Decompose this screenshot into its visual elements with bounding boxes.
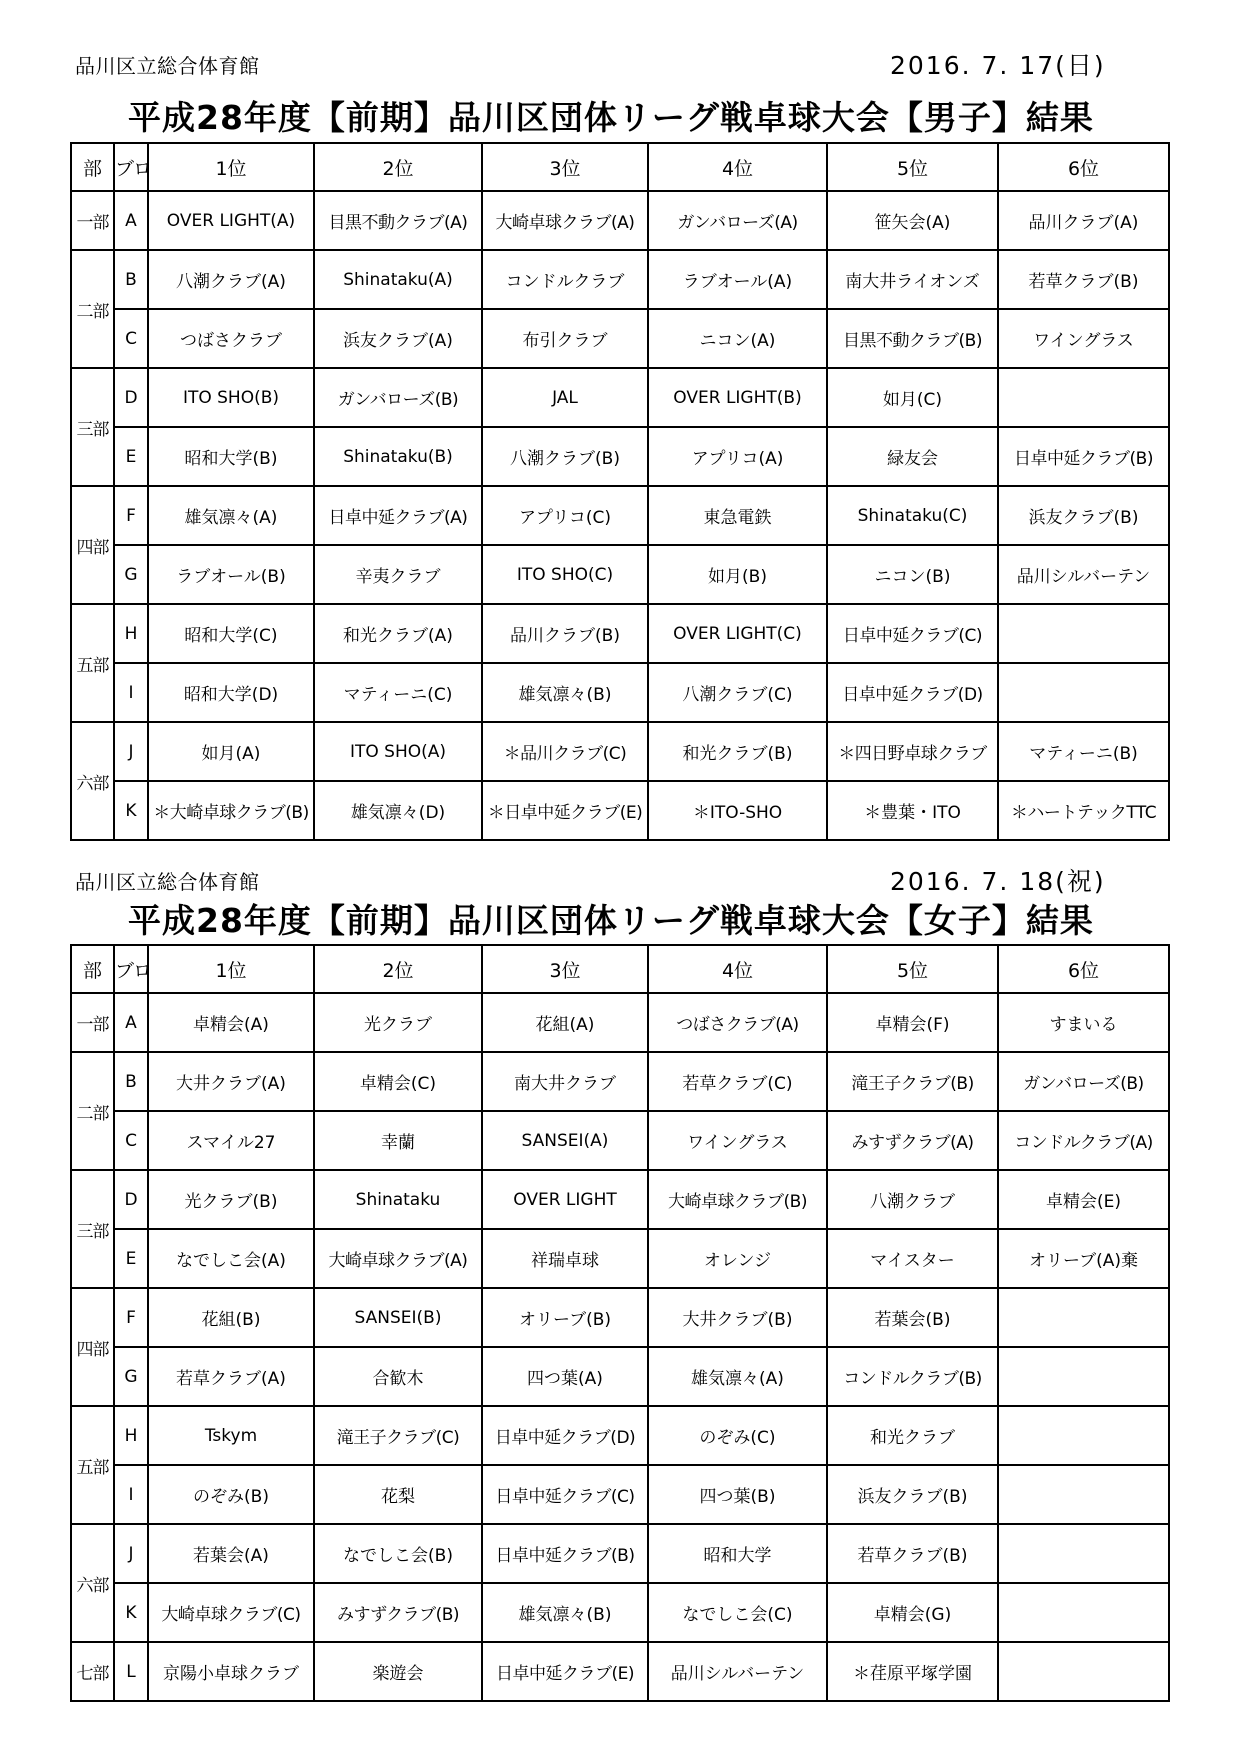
- team-rank-6: [998, 1347, 1169, 1406]
- team-rank-5: 卓精会(F): [827, 993, 998, 1052]
- table-row: Gラブオール(B)辛夷クラブITO SHO(C)如月(B)ニコン(B)品川シルバ…: [71, 545, 1169, 604]
- team-rank-1: 昭和大学(D): [148, 663, 314, 722]
- division-label: 二部: [71, 1052, 114, 1170]
- team-rank-1: 雄気凛々(A): [148, 486, 314, 545]
- header-rank-3: 3位: [482, 143, 648, 191]
- men-results-table: 部 ブロック 1位 2位 3位 4位 5位 6位 一部AOVER LIGHT(A…: [70, 142, 1170, 841]
- team-rank-3: ＊日卓中延クラブ(E): [482, 781, 648, 840]
- team-rank-2: 滝王子クラブ(C): [314, 1406, 482, 1465]
- block-label: C: [114, 309, 148, 368]
- team-rank-6: ガンバローズ(B): [998, 1052, 1169, 1111]
- header-rank-5: 5位: [827, 945, 998, 993]
- team-rank-6: [998, 1288, 1169, 1347]
- team-rank-5: 八潮クラブ: [827, 1170, 998, 1229]
- block-label: B: [114, 250, 148, 309]
- team-rank-1: 若草クラブ(A): [148, 1347, 314, 1406]
- header-row: 部 ブロック 1位 2位 3位 4位 5位 6位: [71, 143, 1169, 191]
- block-label: J: [114, 1524, 148, 1583]
- block-label: I: [114, 663, 148, 722]
- block-label: K: [114, 781, 148, 840]
- table-row: E昭和大学(B)Shinataku(B)八潮クラブ(B)アプリコ(A)緑友会日卓…: [71, 427, 1169, 486]
- team-rank-3: アプリコ(C): [482, 486, 648, 545]
- team-rank-4: 八潮クラブ(C): [648, 663, 827, 722]
- team-rank-4: 東急電鉄: [648, 486, 827, 545]
- team-rank-5: 浜友クラブ(B): [827, 1465, 998, 1524]
- team-rank-2: 楽遊会: [314, 1642, 482, 1701]
- team-rank-4: 昭和大学: [648, 1524, 827, 1583]
- team-rank-1: 京陽小卓球クラブ: [148, 1642, 314, 1701]
- header-rank-1: 1位: [148, 143, 314, 191]
- team-rank-6: [998, 1524, 1169, 1583]
- table-row: K＊大崎卓球クラブ(B)雄気凛々(D)＊日卓中延クラブ(E)＊ITO-SHO＊豊…: [71, 781, 1169, 840]
- team-rank-6: オリーブ(A)棄: [998, 1229, 1169, 1288]
- team-rank-2: マティーニ(C): [314, 663, 482, 722]
- division-label: 二部: [71, 250, 114, 368]
- block-label: I: [114, 1465, 148, 1524]
- team-rank-5: コンドルクラブ(B): [827, 1347, 998, 1406]
- team-rank-5: 日卓中延クラブ(C): [827, 604, 998, 663]
- team-rank-2: 卓精会(C): [314, 1052, 482, 1111]
- team-rank-4: なでしこ会(C): [648, 1583, 827, 1642]
- team-rank-4: OVER LIGHT(C): [648, 604, 827, 663]
- team-rank-5: ＊豊葉・ITO: [827, 781, 998, 840]
- team-rank-6: 若草クラブ(B): [998, 250, 1169, 309]
- block-label: A: [114, 191, 148, 250]
- team-rank-5: みすずクラブ(A): [827, 1111, 998, 1170]
- table-row: G若草クラブ(A)合歓木四つ葉(A)雄気凛々(A)コンドルクラブ(B): [71, 1347, 1169, 1406]
- team-rank-2: 花梨: [314, 1465, 482, 1524]
- team-rank-4: 四つ葉(B): [648, 1465, 827, 1524]
- team-rank-1: 光クラブ(B): [148, 1170, 314, 1229]
- team-rank-2: なでしこ会(B): [314, 1524, 482, 1583]
- division-label: 四部: [71, 486, 114, 604]
- team-rank-3: 雄気凛々(B): [482, 1583, 648, 1642]
- table-row: 六部J如月(A)ITO SHO(A)＊品川クラブ(C)和光クラブ(B)＊四日野卓…: [71, 722, 1169, 781]
- block-label: J: [114, 722, 148, 781]
- women-title: 平成28年度【前期】品川区団体リーグ戦卓球大会【女子】結果: [128, 895, 1168, 942]
- team-rank-3: ITO SHO(C): [482, 545, 648, 604]
- block-label: H: [114, 604, 148, 663]
- team-rank-3: SANSEI(A): [482, 1111, 648, 1170]
- block-label: K: [114, 1583, 148, 1642]
- women-table-body: 一部A卓精会(A)光クラブ花組(A)つばさクラブ(A)卓精会(F)すまいる二部B…: [71, 993, 1169, 1701]
- header-rank-2: 2位: [314, 945, 482, 993]
- team-rank-6: コンドルクラブ(A): [998, 1111, 1169, 1170]
- team-rank-1: ITO SHO(B): [148, 368, 314, 427]
- block-label: E: [114, 427, 148, 486]
- header-block: ブロック: [114, 143, 148, 191]
- team-rank-6: 品川シルバーテン: [998, 545, 1169, 604]
- team-rank-3: 日卓中延クラブ(E): [482, 1642, 648, 1701]
- women-results-table: 部 ブロック 1位 2位 3位 4位 5位 6位 一部A卓精会(A)光クラブ花組…: [70, 944, 1170, 1702]
- block-label: G: [114, 545, 148, 604]
- team-rank-3: 祥瑞卓球: [482, 1229, 648, 1288]
- division-label: 一部: [71, 191, 114, 250]
- team-rank-1: なでしこ会(A): [148, 1229, 314, 1288]
- team-rank-5: ＊荏原平塚学園: [827, 1642, 998, 1701]
- table-row: 四部F雄気凛々(A)日卓中延クラブ(A)アプリコ(C)東急電鉄Shinataku…: [71, 486, 1169, 545]
- header-division: 部: [71, 945, 114, 993]
- team-rank-4: 大崎卓球クラブ(B): [648, 1170, 827, 1229]
- team-rank-4: ＊ITO-SHO: [648, 781, 827, 840]
- header-rank-6: 6位: [998, 143, 1169, 191]
- block-label: E: [114, 1229, 148, 1288]
- table-row: Iのぞみ(B)花梨日卓中延クラブ(C)四つ葉(B)浜友クラブ(B): [71, 1465, 1169, 1524]
- team-rank-1: 八潮クラブ(A): [148, 250, 314, 309]
- team-rank-6: [998, 1583, 1169, 1642]
- team-rank-3: 日卓中延クラブ(D): [482, 1406, 648, 1465]
- header-rank-2: 2位: [314, 143, 482, 191]
- men-title: 平成28年度【前期】品川区団体リーグ戦卓球大会【男子】結果: [128, 92, 1168, 139]
- team-rank-3: 布引クラブ: [482, 309, 648, 368]
- team-rank-1: ＊大崎卓球クラブ(B): [148, 781, 314, 840]
- team-rank-1: ラブオール(B): [148, 545, 314, 604]
- team-rank-1: 昭和大学(B): [148, 427, 314, 486]
- team-rank-2: 雄気凛々(D): [314, 781, 482, 840]
- team-rank-6: 品川クラブ(A): [998, 191, 1169, 250]
- team-rank-4: 若草クラブ(C): [648, 1052, 827, 1111]
- team-rank-6: [998, 1406, 1169, 1465]
- team-rank-4: のぞみ(C): [648, 1406, 827, 1465]
- team-rank-3: 日卓中延クラブ(B): [482, 1524, 648, 1583]
- team-rank-6: 日卓中延クラブ(B): [998, 427, 1169, 486]
- table-row: 一部AOVER LIGHT(A)目黒不動クラブ(A)大崎卓球クラブ(A)ガンバロ…: [71, 191, 1169, 250]
- header-rank-4: 4位: [648, 143, 827, 191]
- team-rank-2: Shinataku(B): [314, 427, 482, 486]
- team-rank-6: [998, 604, 1169, 663]
- team-rank-3: コンドルクラブ: [482, 250, 648, 309]
- division-label: 七部: [71, 1642, 114, 1701]
- division-label: 六部: [71, 722, 114, 840]
- division-label: 五部: [71, 604, 114, 722]
- team-rank-1: スマイル27: [148, 1111, 314, 1170]
- team-rank-6: 卓精会(E): [998, 1170, 1169, 1229]
- table-row: 五部HTskym滝王子クラブ(C)日卓中延クラブ(D)のぞみ(C)和光クラブ: [71, 1406, 1169, 1465]
- team-rank-6: すまいる: [998, 993, 1169, 1052]
- men-date: 2016. 7. 17(日): [890, 46, 1106, 82]
- header-rank-6: 6位: [998, 945, 1169, 993]
- team-rank-5: ＊四日野卓球クラブ: [827, 722, 998, 781]
- team-rank-3: 雄気凛々(B): [482, 663, 648, 722]
- men-table-body: 一部AOVER LIGHT(A)目黒不動クラブ(A)大崎卓球クラブ(A)ガンバロ…: [71, 191, 1169, 840]
- team-rank-4: オレンジ: [648, 1229, 827, 1288]
- team-rank-6: ＊ハートテックTTC: [998, 781, 1169, 840]
- team-rank-3: 南大井クラブ: [482, 1052, 648, 1111]
- division-label: 三部: [71, 1170, 114, 1288]
- block-label: F: [114, 486, 148, 545]
- table-row: 六部J若葉会(A)なでしこ会(B)日卓中延クラブ(B)昭和大学若草クラブ(B): [71, 1524, 1169, 1583]
- team-rank-3: 大崎卓球クラブ(A): [482, 191, 648, 250]
- header-rank-4: 4位: [648, 945, 827, 993]
- team-rank-5: 若葉会(B): [827, 1288, 998, 1347]
- men-venue: 品川区立総合体育館: [75, 50, 260, 79]
- team-rank-3: 花組(A): [482, 993, 648, 1052]
- division-label: 六部: [71, 1524, 114, 1642]
- team-rank-4: 和光クラブ(B): [648, 722, 827, 781]
- team-rank-6: ワイングラス: [998, 309, 1169, 368]
- header-rank-5: 5位: [827, 143, 998, 191]
- block-label: G: [114, 1347, 148, 1406]
- team-rank-5: ニコン(B): [827, 545, 998, 604]
- team-rank-5: Shinataku(C): [827, 486, 998, 545]
- table-row: 一部A卓精会(A)光クラブ花組(A)つばさクラブ(A)卓精会(F)すまいる: [71, 993, 1169, 1052]
- block-label: D: [114, 368, 148, 427]
- team-rank-1: 若葉会(A): [148, 1524, 314, 1583]
- team-rank-3: 日卓中延クラブ(C): [482, 1465, 648, 1524]
- team-rank-4: ニコン(A): [648, 309, 827, 368]
- team-rank-2: 辛夷クラブ: [314, 545, 482, 604]
- table-row: K大崎卓球クラブ(C)みすずクラブ(B)雄気凛々(B)なでしこ会(C)卓精会(G…: [71, 1583, 1169, 1642]
- team-rank-6: [998, 1642, 1169, 1701]
- table-row: 二部B八潮クラブ(A)Shinataku(A)コンドルクラブラブオール(A)南大…: [71, 250, 1169, 309]
- header-rank-3: 3位: [482, 945, 648, 993]
- team-rank-5: マイスター: [827, 1229, 998, 1288]
- team-rank-4: つばさクラブ(A): [648, 993, 827, 1052]
- team-rank-5: 如月(C): [827, 368, 998, 427]
- team-rank-4: 如月(B): [648, 545, 827, 604]
- team-rank-2: 光クラブ: [314, 993, 482, 1052]
- table-row: Eなでしこ会(A)大崎卓球クラブ(A)祥瑞卓球オレンジマイスターオリーブ(A)棄: [71, 1229, 1169, 1288]
- team-rank-2: 合歓木: [314, 1347, 482, 1406]
- team-rank-3: 品川クラブ(B): [482, 604, 648, 663]
- team-rank-2: 和光クラブ(A): [314, 604, 482, 663]
- block-label: F: [114, 1288, 148, 1347]
- team-rank-6: [998, 663, 1169, 722]
- table-row: 七部L京陽小卓球クラブ楽遊会日卓中延クラブ(E)品川シルバーテン＊荏原平塚学園: [71, 1642, 1169, 1701]
- team-rank-2: 日卓中延クラブ(A): [314, 486, 482, 545]
- team-rank-4: 大井クラブ(B): [648, 1288, 827, 1347]
- team-rank-1: 大井クラブ(A): [148, 1052, 314, 1111]
- team-rank-6: [998, 368, 1169, 427]
- table-row: Cつばさクラブ浜友クラブ(A)布引クラブニコン(A)目黒不動クラブ(B)ワイング…: [71, 309, 1169, 368]
- team-rank-1: OVER LIGHT(A): [148, 191, 314, 250]
- team-rank-3: 八潮クラブ(B): [482, 427, 648, 486]
- team-rank-4: 品川シルバーテン: [648, 1642, 827, 1701]
- team-rank-2: みすずクラブ(B): [314, 1583, 482, 1642]
- team-rank-3: ＊品川クラブ(C): [482, 722, 648, 781]
- division-label: 五部: [71, 1406, 114, 1524]
- team-rank-2: Shinataku: [314, 1170, 482, 1229]
- table-row: I昭和大学(D)マティーニ(C)雄気凛々(B)八潮クラブ(C)日卓中延クラブ(D…: [71, 663, 1169, 722]
- team-rank-5: 目黒不動クラブ(B): [827, 309, 998, 368]
- team-rank-3: 四つ葉(A): [482, 1347, 648, 1406]
- team-rank-1: 花組(B): [148, 1288, 314, 1347]
- block-label: L: [114, 1642, 148, 1701]
- team-rank-2: 幸蘭: [314, 1111, 482, 1170]
- table-row: Cスマイル27幸蘭SANSEI(A)ワイングラスみすずクラブ(A)コンドルクラブ…: [71, 1111, 1169, 1170]
- team-rank-1: 昭和大学(C): [148, 604, 314, 663]
- team-rank-1: Tskym: [148, 1406, 314, 1465]
- block-label: H: [114, 1406, 148, 1465]
- header-row: 部 ブロック 1位 2位 3位 4位 5位 6位: [71, 945, 1169, 993]
- team-rank-3: オリーブ(B): [482, 1288, 648, 1347]
- team-rank-2: 浜友クラブ(A): [314, 309, 482, 368]
- team-rank-4: OVER LIGHT(B): [648, 368, 827, 427]
- header-division: 部: [71, 143, 114, 191]
- team-rank-5: 緑友会: [827, 427, 998, 486]
- block-label: A: [114, 993, 148, 1052]
- team-rank-6: 浜友クラブ(B): [998, 486, 1169, 545]
- team-rank-4: 雄気凛々(A): [648, 1347, 827, 1406]
- team-rank-5: 卓精会(G): [827, 1583, 998, 1642]
- block-label: D: [114, 1170, 148, 1229]
- team-rank-4: ワイングラス: [648, 1111, 827, 1170]
- team-rank-2: 目黒不動クラブ(A): [314, 191, 482, 250]
- team-rank-4: ガンバローズ(A): [648, 191, 827, 250]
- block-label: C: [114, 1111, 148, 1170]
- team-rank-5: 笹矢会(A): [827, 191, 998, 250]
- table-row: 二部B大井クラブ(A)卓精会(C)南大井クラブ若草クラブ(C)滝王子クラブ(B)…: [71, 1052, 1169, 1111]
- header-rank-1: 1位: [148, 945, 314, 993]
- header-block: ブロック: [114, 945, 148, 993]
- table-row: 五部H昭和大学(C)和光クラブ(A)品川クラブ(B)OVER LIGHT(C)日…: [71, 604, 1169, 663]
- team-rank-5: 滝王子クラブ(B): [827, 1052, 998, 1111]
- team-rank-1: のぞみ(B): [148, 1465, 314, 1524]
- team-rank-3: JAL: [482, 368, 648, 427]
- women-venue: 品川区立総合体育館: [75, 866, 260, 895]
- team-rank-3: OVER LIGHT: [482, 1170, 648, 1229]
- team-rank-5: 南大井ライオンズ: [827, 250, 998, 309]
- division-label: 三部: [71, 368, 114, 486]
- team-rank-1: つばさクラブ: [148, 309, 314, 368]
- team-rank-5: 若草クラブ(B): [827, 1524, 998, 1583]
- table-row: 四部F花組(B)SANSEI(B)オリーブ(B)大井クラブ(B)若葉会(B): [71, 1288, 1169, 1347]
- table-row: 三部D光クラブ(B)ShinatakuOVER LIGHT大崎卓球クラブ(B)八…: [71, 1170, 1169, 1229]
- team-rank-4: アプリコ(A): [648, 427, 827, 486]
- division-label: 四部: [71, 1288, 114, 1406]
- team-rank-5: 和光クラブ: [827, 1406, 998, 1465]
- team-rank-2: ガンバローズ(B): [314, 368, 482, 427]
- women-date: 2016. 7. 18(祝): [890, 862, 1106, 898]
- team-rank-6: [998, 1465, 1169, 1524]
- team-rank-2: Shinataku(A): [314, 250, 482, 309]
- block-label: B: [114, 1052, 148, 1111]
- team-rank-6: マティーニ(B): [998, 722, 1169, 781]
- division-label: 一部: [71, 993, 114, 1052]
- team-rank-4: ラブオール(A): [648, 250, 827, 309]
- team-rank-2: 大崎卓球クラブ(A): [314, 1229, 482, 1288]
- team-rank-1: 大崎卓球クラブ(C): [148, 1583, 314, 1642]
- team-rank-2: ITO SHO(A): [314, 722, 482, 781]
- team-rank-2: SANSEI(B): [314, 1288, 482, 1347]
- team-rank-1: 如月(A): [148, 722, 314, 781]
- team-rank-1: 卓精会(A): [148, 993, 314, 1052]
- team-rank-5: 日卓中延クラブ(D): [827, 663, 998, 722]
- table-row: 三部DITO SHO(B)ガンバローズ(B)JALOVER LIGHT(B)如月…: [71, 368, 1169, 427]
